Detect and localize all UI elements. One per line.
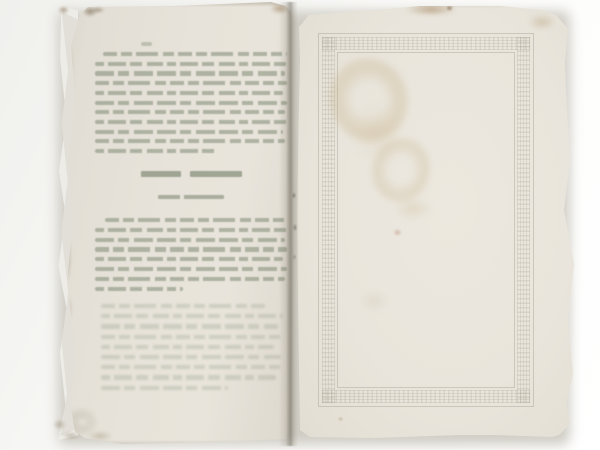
page-number-mark <box>141 42 152 46</box>
text-line <box>101 375 276 379</box>
text-line <box>95 247 287 251</box>
text-line <box>95 287 183 291</box>
text-line <box>95 277 285 281</box>
stain <box>292 192 296 199</box>
show-through-text <box>55 2 295 446</box>
stain <box>293 254 296 260</box>
text-line <box>95 81 287 85</box>
stain <box>337 416 344 422</box>
heading-word <box>190 171 242 177</box>
text-line <box>101 335 283 339</box>
stain <box>445 4 454 12</box>
text-line <box>95 71 285 75</box>
stain <box>392 228 403 237</box>
right-page <box>293 2 580 449</box>
text-line <box>95 120 287 124</box>
heading-word <box>141 171 181 177</box>
text-line <box>95 238 285 242</box>
text-line <box>105 218 287 222</box>
text-line <box>95 110 285 114</box>
stain <box>90 6 106 14</box>
text-line <box>103 52 287 56</box>
text-line <box>95 267 287 271</box>
text-line <box>95 228 287 232</box>
stain <box>525 12 559 32</box>
stain <box>60 431 82 440</box>
stain <box>293 223 297 232</box>
border-band-bottom <box>322 390 530 403</box>
stain <box>52 418 67 431</box>
text-line <box>95 91 283 95</box>
text-line <box>101 345 274 349</box>
text-line <box>101 314 283 318</box>
stain <box>357 288 391 314</box>
subtitle-line <box>158 195 224 199</box>
gutter-shadow <box>279 2 301 446</box>
border-band-right <box>517 37 530 403</box>
text-line <box>95 62 287 66</box>
text-line <box>95 149 216 153</box>
text-line <box>95 139 285 143</box>
text-line <box>95 257 283 261</box>
text-line <box>101 365 283 369</box>
border-band-top <box>322 37 530 50</box>
stain <box>57 5 70 15</box>
text-line <box>95 130 283 134</box>
photo-backdrop <box>0 0 600 450</box>
left-page <box>55 2 295 446</box>
text-line <box>101 324 278 328</box>
text-line <box>101 386 228 390</box>
text-line <box>95 101 287 105</box>
text-line <box>101 355 281 359</box>
text-line <box>101 304 265 308</box>
